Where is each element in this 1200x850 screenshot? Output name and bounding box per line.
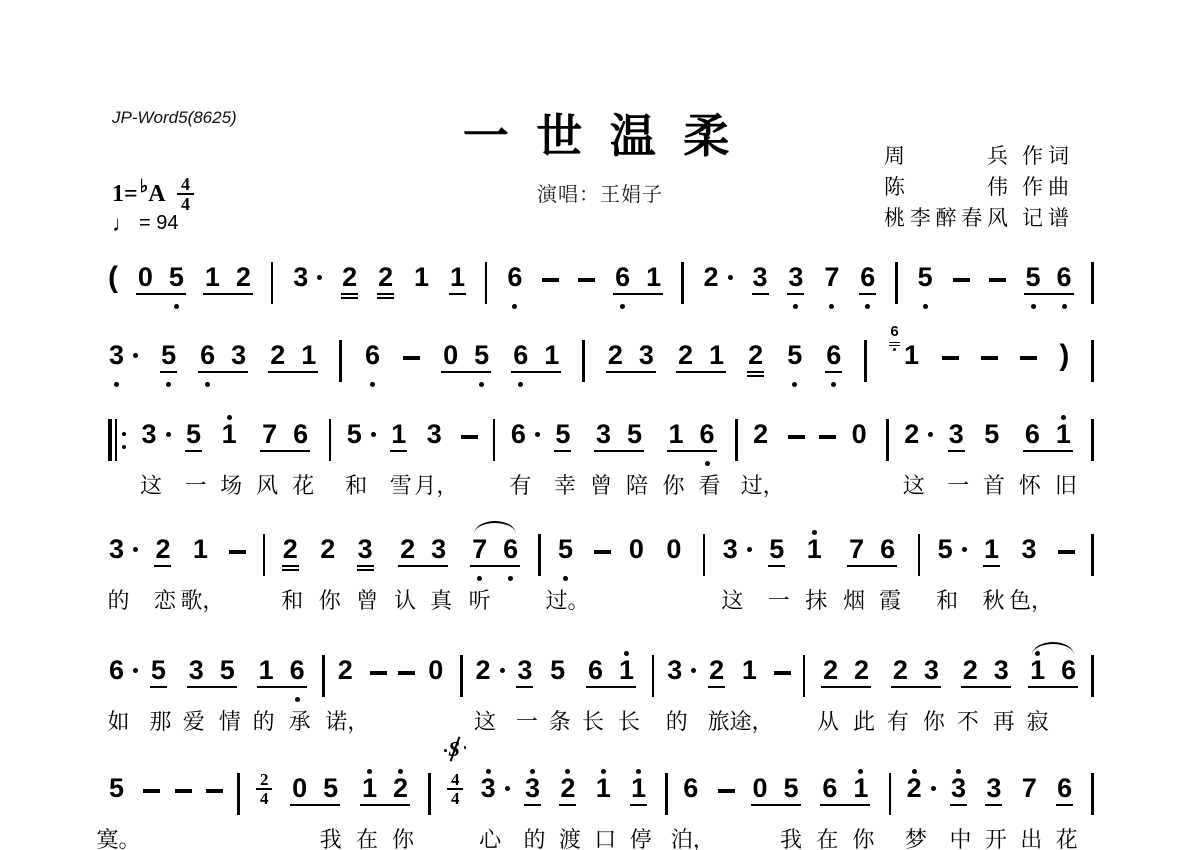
note-cell: 5一 [768,525,789,614]
note: 2 [853,646,870,706]
note: 1 [741,646,758,706]
note: 3 [108,525,125,585]
duration-underline [185,450,202,452]
note-cell: 6 [859,253,876,313]
note-row: 5 [557,525,574,585]
note-digit: 1 [361,774,378,802]
group-notes: 05 [442,331,490,391]
underline-slot [377,291,394,302]
note-cell: 3月， [426,410,447,499]
note-digit: 6 [1060,656,1077,684]
duration-underline [983,565,1000,567]
duration-underline [357,565,374,567]
beamed-note-group: 61怀旧 [1019,410,1077,499]
duration-dash [788,435,805,439]
octave-dot-below-slot [865,302,870,313]
octave-dot-below [563,576,568,581]
note-row: 1 [806,525,823,585]
octave-dot-below-slot [792,380,797,391]
group-notes: 21 [677,331,725,391]
duration-underline [859,293,876,295]
barline [703,534,706,576]
octave-dot-below [512,304,517,309]
duration-dash-cell [403,331,420,360]
music-line: (05123221166123376556 [108,253,1094,313]
note-digit: 3 [666,656,683,684]
underline-slot [825,369,842,380]
note-row: 61 [889,331,920,391]
time-signature: 44 [445,772,465,806]
lyric [628,588,649,614]
group-lyrics: 我 [289,827,342,850]
underline-slot [906,802,923,813]
note: 5 [937,525,954,585]
duration-dash-cell [1020,331,1037,360]
underline-slot [549,684,566,695]
note-digit: 5 [768,535,785,563]
note-digit: 3 [357,535,374,563]
note-row: 1 [983,525,1000,585]
beamed-note-group: 21 [269,331,317,391]
note-digit: 1 [630,774,647,802]
repeat-sign-cell [108,410,126,461]
lyric: 有 [887,709,909,735]
note-digit: 2 [906,774,923,802]
group-underline [594,450,644,452]
group-notes: 23 [892,646,940,706]
note-digit: 5 [557,535,574,563]
lyric: 花 [1056,827,1077,850]
note-cell: 3中 [950,764,971,850]
barline-cell [460,646,463,697]
augmentation-dot [691,668,696,673]
group-underline [203,293,253,295]
note-row: 5 [917,253,934,313]
duration-dash-cell [718,764,735,793]
duration-dash [989,278,1006,282]
note: 6 [289,646,306,706]
note: 1 [903,331,920,391]
note: 0 [291,764,308,824]
note-digit: 1 [852,774,869,802]
grace-octave-dot [893,348,896,351]
tempo-marking: ♩ = 94 [112,212,178,235]
lyric: 如 [108,709,129,735]
note-cell: 3心 [480,764,510,850]
duration-underline [1056,804,1073,806]
underline-slot [903,448,920,459]
underline-slot [752,291,769,302]
barline-cell [538,525,541,576]
note-digit: 5 [322,774,339,802]
note: 6 [364,331,381,391]
duration-underline [950,804,967,806]
note-digit: 7 [261,420,278,448]
beamed-note-group: 56 [1025,253,1073,313]
barline-cell [918,525,921,576]
note-cell: 3的 [524,764,545,850]
octave-dot-below-slot [1062,302,1067,313]
group-underline [257,686,307,688]
octave-dot-below-slot [114,380,119,391]
group-underline [470,565,520,567]
underline-slot [292,291,309,302]
duration-dash [774,671,791,675]
note-digit: 1 [221,420,238,448]
group-lyrics: 有你 [887,709,945,735]
beamed-note-group: 76烟霞 [843,525,901,614]
group-lyrics: 在你 [356,827,414,850]
underline-slot [682,802,699,813]
note-cell: 5 [917,253,934,313]
group-underline [136,293,186,295]
note: 6 [614,253,631,313]
duration-underline [825,371,842,373]
note-cell: 3一 [948,410,969,499]
note: 5 [783,764,800,824]
note: 6 [825,331,842,391]
octave-dot-below [829,304,834,309]
note-digit: 6 [1056,263,1073,291]
note-cell: 1雪 [390,410,411,499]
barline-cell [889,764,892,815]
note: 6 [879,525,896,585]
note-row: 2 [319,525,336,585]
beamed-note-group: 61 [614,253,662,313]
group-underline [676,371,726,373]
credit-row: 桃李醉春风记谱 [884,202,1074,230]
group-underline [290,804,340,806]
note-row: 1 [630,764,647,824]
note-digit: 0 [291,774,308,802]
note-digit: 1 [204,263,221,291]
duration-dash-cell [989,253,1006,282]
barline-cell [428,764,431,815]
note-digit: 5 [917,263,934,291]
barline [895,262,898,304]
duration-underline [377,297,394,299]
lyric: 你 [392,827,414,850]
octave-dot-below [792,382,797,387]
duration-dash-cell [143,764,160,793]
note: 2 [892,646,909,706]
note: 0 [442,331,459,391]
note-digit: 6 [825,341,842,369]
credit-role: 记谱 [1022,202,1074,232]
note-digit: 3 [108,341,125,369]
note: 5 [322,764,339,824]
underline-slot [426,448,443,459]
duration-dash-cell [578,253,595,282]
note-digit: 2 [903,420,920,448]
repeat-dot [122,432,126,436]
note-row: 1 [449,253,466,313]
note-digit: 2 [708,656,725,684]
note-digit: 5 [219,656,236,684]
augmentation-dot [505,786,510,791]
note: 6 [506,253,523,313]
note-row: 5 [937,525,967,585]
note-digit: 6 [879,535,896,563]
duration-dash [206,789,223,793]
time-denominator: 4 [260,791,269,806]
duration-underline [708,686,725,688]
note-row: 6 [859,253,876,313]
group-notes: 22 [822,646,870,706]
barline-cell [1091,646,1094,697]
octave-dot-below [923,304,928,309]
note-cell: 2旅 [708,646,729,735]
note: 5 [554,410,571,470]
credit-name: 周兵 [884,140,1008,170]
note-digit: 3 [1021,535,1038,563]
note-digit: 7 [848,535,865,563]
note: 6 [682,764,699,824]
underline-slot [851,448,868,459]
lyric [1063,709,1080,735]
barline-cell [339,331,342,382]
note-cell: 3色， [1021,525,1042,614]
octave-dot-below [508,576,513,581]
lyric: 歌， [192,588,213,614]
lyric: 的 [253,709,275,735]
barline [460,655,463,697]
note-digit: 5 [626,420,643,448]
note: 5 [185,410,202,470]
note: 5 [108,764,125,824]
barline [1091,419,1094,461]
note-cell: 1 [449,253,466,313]
note: 0 [665,525,682,585]
lyric: 你 [663,473,685,499]
octave-dot-below-slot [620,302,625,313]
underline-slot [357,563,374,574]
octave-dot-below-slot [923,302,928,313]
group-underline [1024,293,1074,295]
note-cell: 1 [413,253,430,313]
note-cell: 5和 [937,525,967,614]
note-cell: 5首 [983,410,1004,499]
beamed-note-group: 16你看 [663,410,721,499]
octave-dot-below [477,576,482,581]
note: 1 [204,253,221,313]
note-digit: 6 [199,341,216,369]
note-digit: 2 [853,656,870,684]
note-digit: 1 [806,535,823,563]
note-cell: 2渡 [559,764,580,850]
note-row: 3 [480,764,510,824]
duration-underline [390,450,407,452]
close-paren: ) [1059,340,1069,372]
group-lyrics: 曾陪 [590,473,648,499]
octave-dot-below [831,382,836,387]
lyric: 陪 [626,473,648,499]
augmentation-dot [535,432,540,437]
note-digit: 2 [269,341,286,369]
note-row: 3 [985,764,1002,824]
barline-cell [895,253,898,304]
beamed-note-group: 61 [512,331,560,391]
note: 1 [413,253,430,313]
key-signature: 1=♭A 4 4 [112,176,196,212]
note-row: 3 [141,410,171,470]
duration-dash [594,550,611,554]
duration-underline [948,450,965,452]
note-row: 5 [768,525,785,585]
underline-slot [449,291,466,302]
beamed-note-group: 76听 [469,525,522,614]
note-cell: 2诺， [337,646,358,735]
duration-dash-cell [942,331,959,360]
octave-dot-below [620,304,625,309]
note-digit: 0 [442,341,459,369]
segno-dot [444,749,447,752]
note-row: 3 [357,525,374,585]
group-underline [606,371,656,373]
note-digit: 2 [703,263,720,291]
underline-slot [510,448,527,459]
duration-underline [341,297,358,299]
note-cell: 5一 [185,410,206,499]
note: 1 [1055,410,1072,470]
group-underline [820,804,870,806]
group-underline [1028,686,1078,688]
lyric: 有 [510,473,531,499]
note: 6 [587,646,604,706]
lyric: 看 [699,473,721,499]
note: 3 [357,525,374,585]
note: 2 [337,646,354,706]
underline-slot [983,563,1000,574]
duration-underline [524,804,541,806]
note: 3 [993,646,1010,706]
repeat-thick-bar [108,419,112,461]
note-cell: 2梦 [906,764,936,850]
note-cell: 2这 [903,410,933,499]
note-cell: 2 [703,253,733,313]
note: 2 [559,764,576,824]
note-digit: 5 [983,420,1000,448]
duration-underline [985,804,1002,806]
flat-icon: ♭ [140,176,149,197]
group-lyrics: 风花 [256,473,314,499]
underline-slot [150,684,167,695]
duration-dash [1020,356,1037,360]
lyric: 长 [582,709,604,735]
note: 1 [668,410,685,470]
lyric [289,827,306,850]
note-digit: 1 [618,656,635,684]
barline [918,534,921,576]
group-notes: 76 [261,410,309,470]
duration-dash [1058,550,1075,554]
lyric: 从 [817,709,839,735]
note-cell: 61 [889,331,920,391]
barline [329,419,332,461]
beamed-note-group: 23有你 [887,646,945,735]
music-line: 6如5那35爱情16的承2诺，02这3一5条61长长3的2旅1途，22从此23有… [108,646,1094,735]
octave-dot-below [205,382,210,387]
inline-time-signature: S44 [445,764,465,806]
note-cell: 3曾 [357,525,378,614]
note: 6 [821,764,838,824]
note-row: 2 [708,646,725,706]
note-cell: 1停 [630,764,651,850]
duration-dash-cell [542,253,559,282]
beamed-note-group: 76风花 [256,410,314,499]
note: 5 [150,646,167,706]
note-digit: 5 [549,656,566,684]
duration-dash-cell [206,764,223,793]
lyric [851,473,872,499]
duration-underline [747,375,764,377]
note: 3 [430,525,447,585]
duration-underline [787,293,804,295]
note-cell: 6泊， [682,764,703,850]
underline-slot [319,563,336,574]
lyric: 和 [282,588,303,614]
note-row: 5 [554,410,571,470]
duration-underline [554,450,571,452]
note-row: 5 [160,331,177,391]
group-underline [891,686,941,688]
note-row: 7 [823,253,840,313]
beamed-note-group: 23认真 [394,525,452,614]
note: 2 [903,410,920,470]
duration-dash [175,789,192,793]
underline-slot [524,802,541,813]
duration-dash-cell [398,646,415,675]
note-digit: 0 [427,656,444,684]
note-cell: 6 [364,331,381,391]
group-underline [187,686,237,688]
underline-slot [1056,802,1073,813]
lyric: 泊， [682,827,703,850]
note-digit: 5 [473,341,490,369]
lyric: 我 [780,827,802,850]
note-row: 6 [108,646,138,706]
barline [1091,340,1094,382]
note: 7 [823,253,840,313]
note: 1 [630,764,647,824]
duration-dash-cell [370,646,387,675]
duration-dash [403,356,420,360]
note-digit: 0 [628,535,645,563]
duration-dash-cell [1058,525,1075,554]
octave-dot-below-slot [512,302,517,313]
note-digit: 2 [559,774,576,802]
note-cell: 3的 [108,525,138,614]
group-notes: 35 [595,410,643,470]
note-digit: 3 [188,656,205,684]
group-underline [441,371,491,373]
note: 5 [1025,253,1042,313]
note-cell: 3 [752,253,769,313]
group-notes: 12 [204,253,252,313]
barline [1091,773,1094,815]
note-row: 2 [341,253,358,313]
note-digit: 2 [747,341,764,369]
lyric: 你 [852,827,874,850]
note-cell: 1口 [595,764,616,850]
underline-slot [554,448,571,459]
note-row: 2 [559,764,576,824]
note: 3 [480,764,497,824]
beamed-note-group: 35曾陪 [590,410,648,499]
note-row: 2 [282,525,299,585]
octave-dot-below-slot [166,380,171,391]
note-digit: 1 [983,535,1000,563]
